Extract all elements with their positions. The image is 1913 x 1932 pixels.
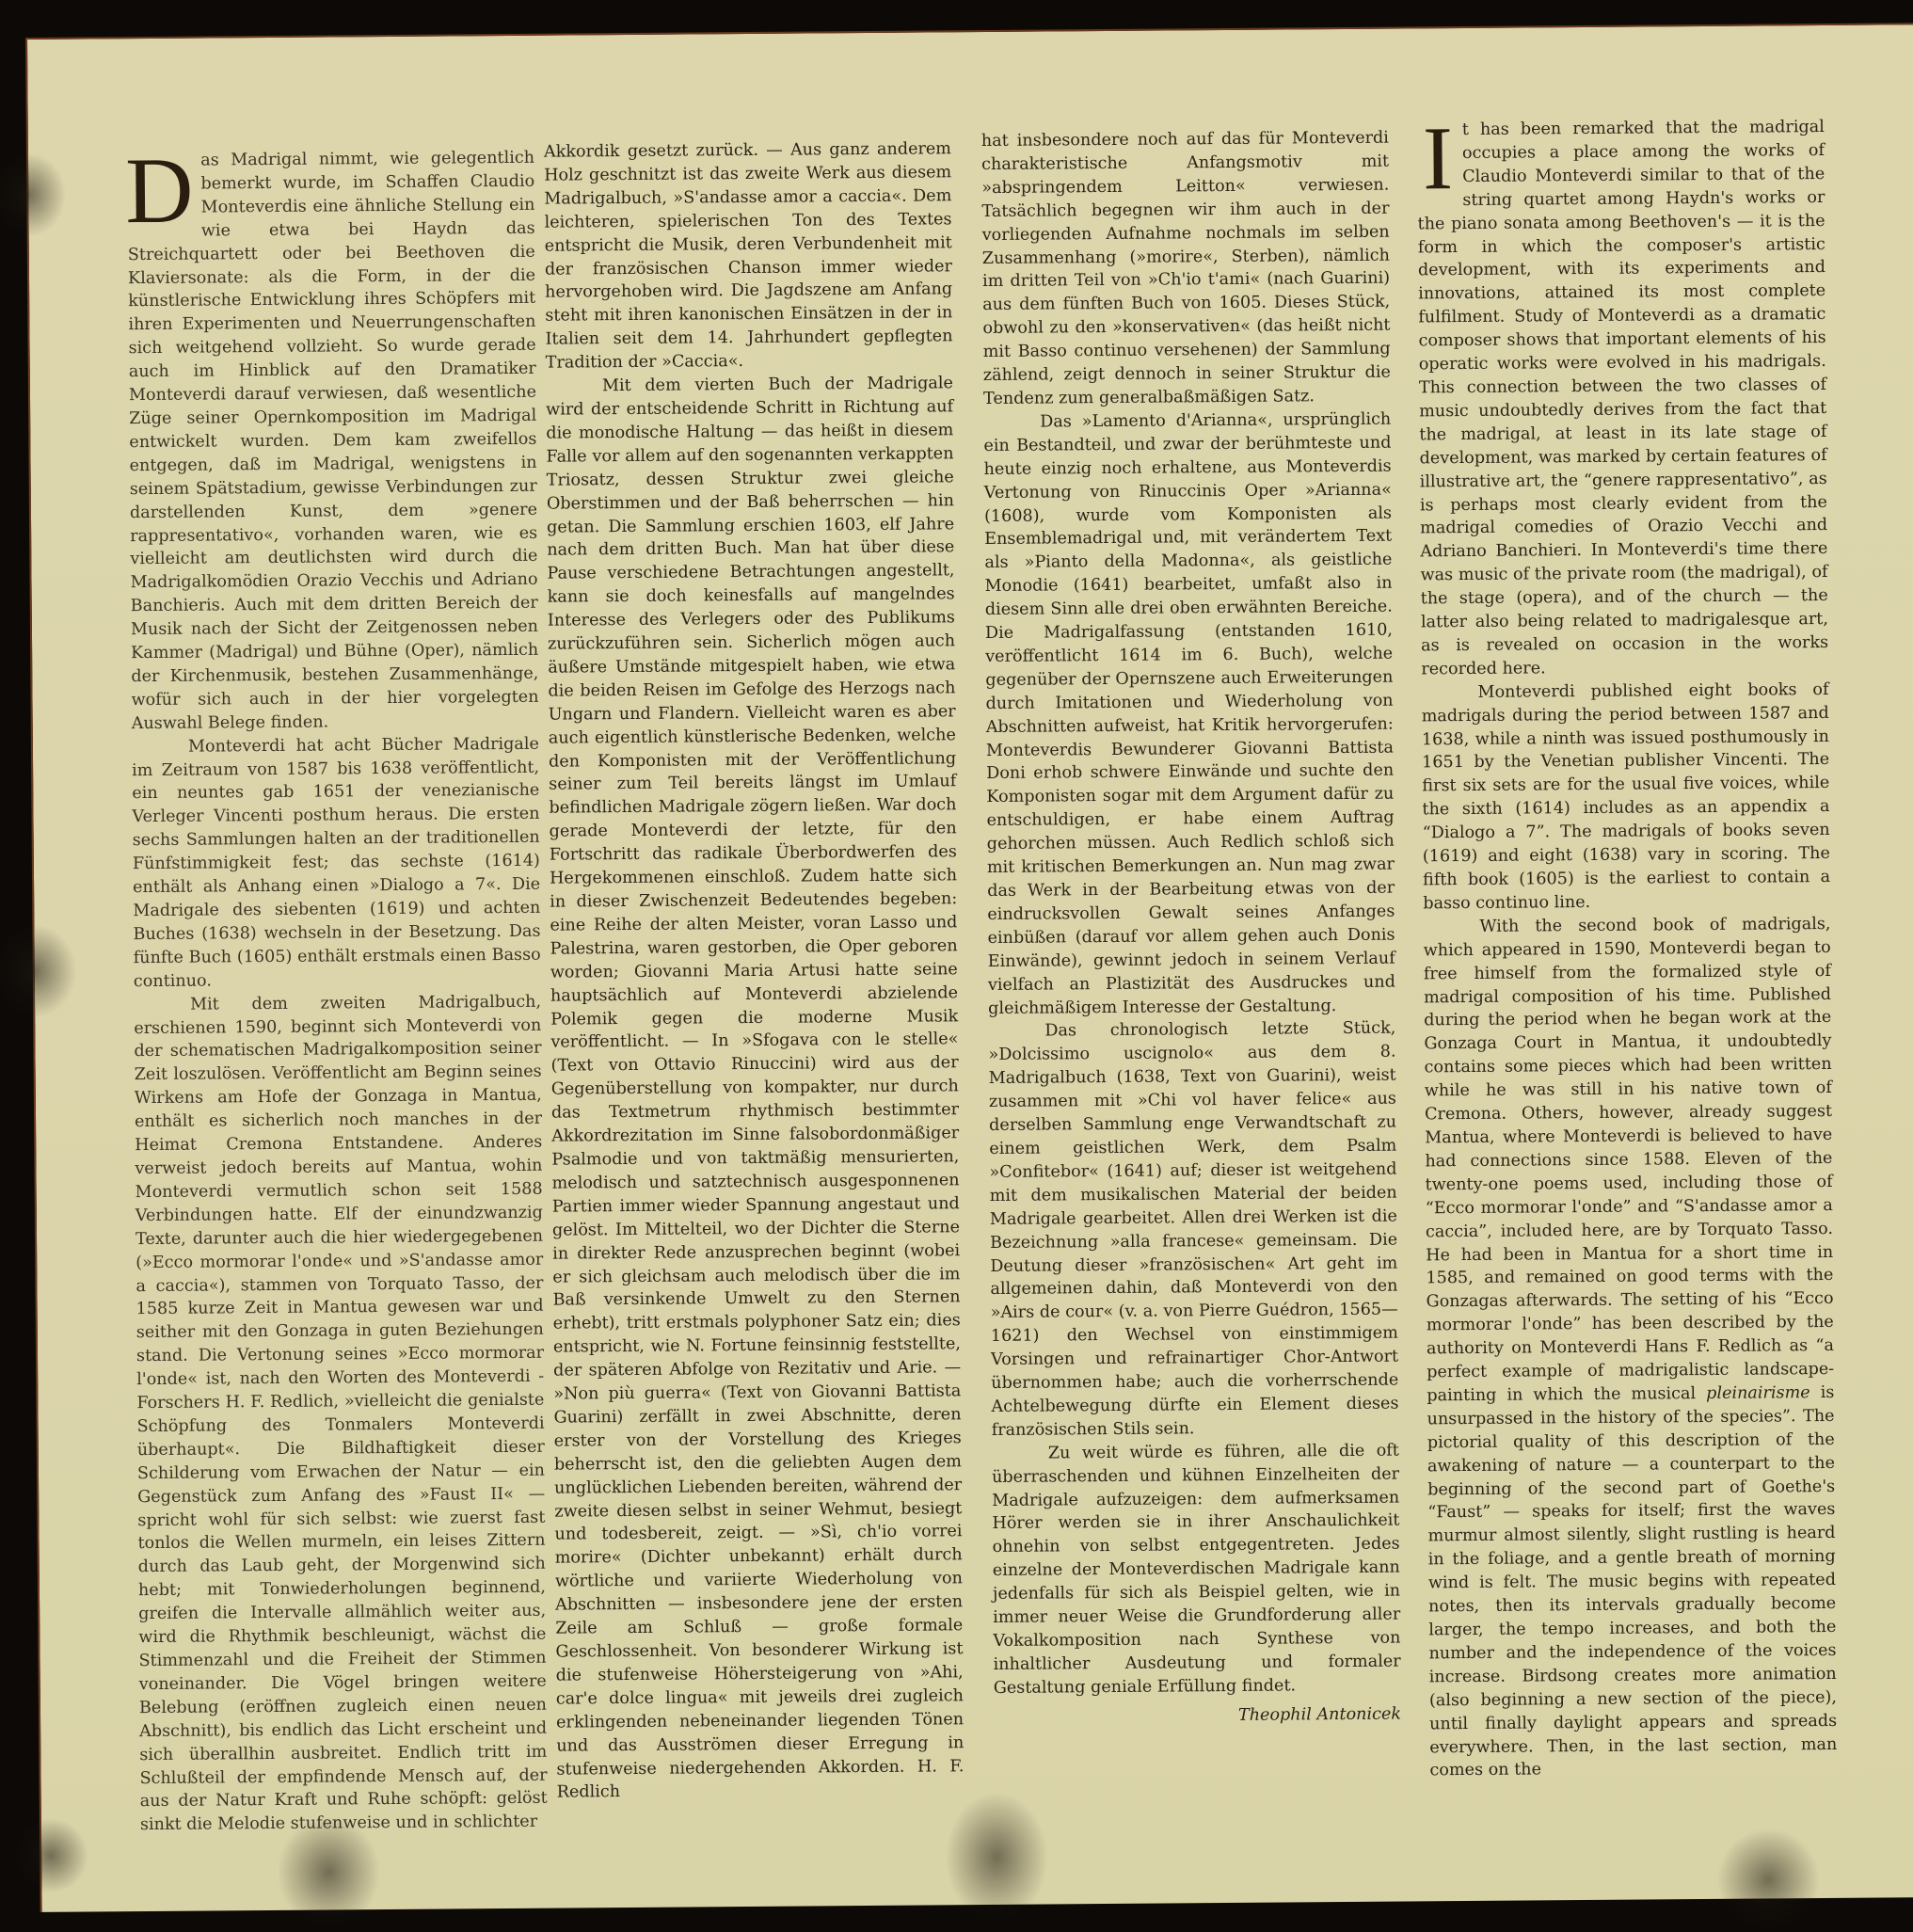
paragraph: Mit dem zweiten Madrigalbuch, erschienen… (134, 990, 548, 1837)
paragraph: Das Madrigal nimmt, wie gelegentlich bem… (127, 147, 539, 736)
paragraph: Das chronologisch letzte Stück, »Dolciss… (988, 1017, 1399, 1443)
column-english: It has been remarked that the madrigal o… (1417, 116, 1838, 1783)
paragraph-text: t has been remarked that the madrigal oc… (1418, 118, 1829, 679)
paragraph-text: is unsurpassed in the history of the spe… (1427, 1383, 1837, 1780)
finger-shadow (1716, 1828, 1821, 1932)
paragraph: Zu weit würde es führen, alle die oft üb… (992, 1439, 1401, 1700)
column-german-2: Akkordik gesetzt zurück. — Aus ganz ande… (544, 137, 964, 1805)
paragraph: Monteverdi published eight books of madr… (1421, 679, 1830, 916)
paragraph: hat insbesondere noch auf das für Montev… (981, 127, 1391, 411)
drop-cap: D (125, 153, 194, 230)
finger-shadow (0, 152, 67, 238)
finger-shadow (0, 924, 77, 1019)
paragraph: Monteverdi hat acht Bücher Madrigale im … (132, 732, 541, 993)
paragraph-text: With the second book of madrigals, which… (1424, 915, 1835, 1406)
column-german-1: Das Madrigal nimmt, wie gelegentlich bem… (127, 147, 548, 1838)
paragraph: Mit dem vierten Buch der Madrigale wird … (546, 372, 964, 1805)
column-german-3: hat insbesondere noch auf das für Montev… (981, 127, 1401, 1730)
paragraph: It has been remarked that the madrigal o… (1417, 116, 1829, 681)
drop-cap: I (1423, 120, 1454, 196)
printed-page: Das Madrigal nimmt, wie gelegentlich bem… (25, 23, 1913, 1912)
italic-term: pleinairisme (1706, 1383, 1810, 1403)
author-signature: Theophil Antonicek (994, 1702, 1401, 1729)
paragraph: Akkordik gesetzt zurück. — Aus ganz ande… (544, 137, 953, 375)
finger-shadow (13, 1818, 89, 1894)
paragraph: Das »Lamento d'Arianna«, ursprünglich ei… (983, 407, 1395, 1020)
finger-shadow (945, 1792, 1049, 1924)
paragraph: With the second book of madrigals, which… (1423, 913, 1837, 1783)
